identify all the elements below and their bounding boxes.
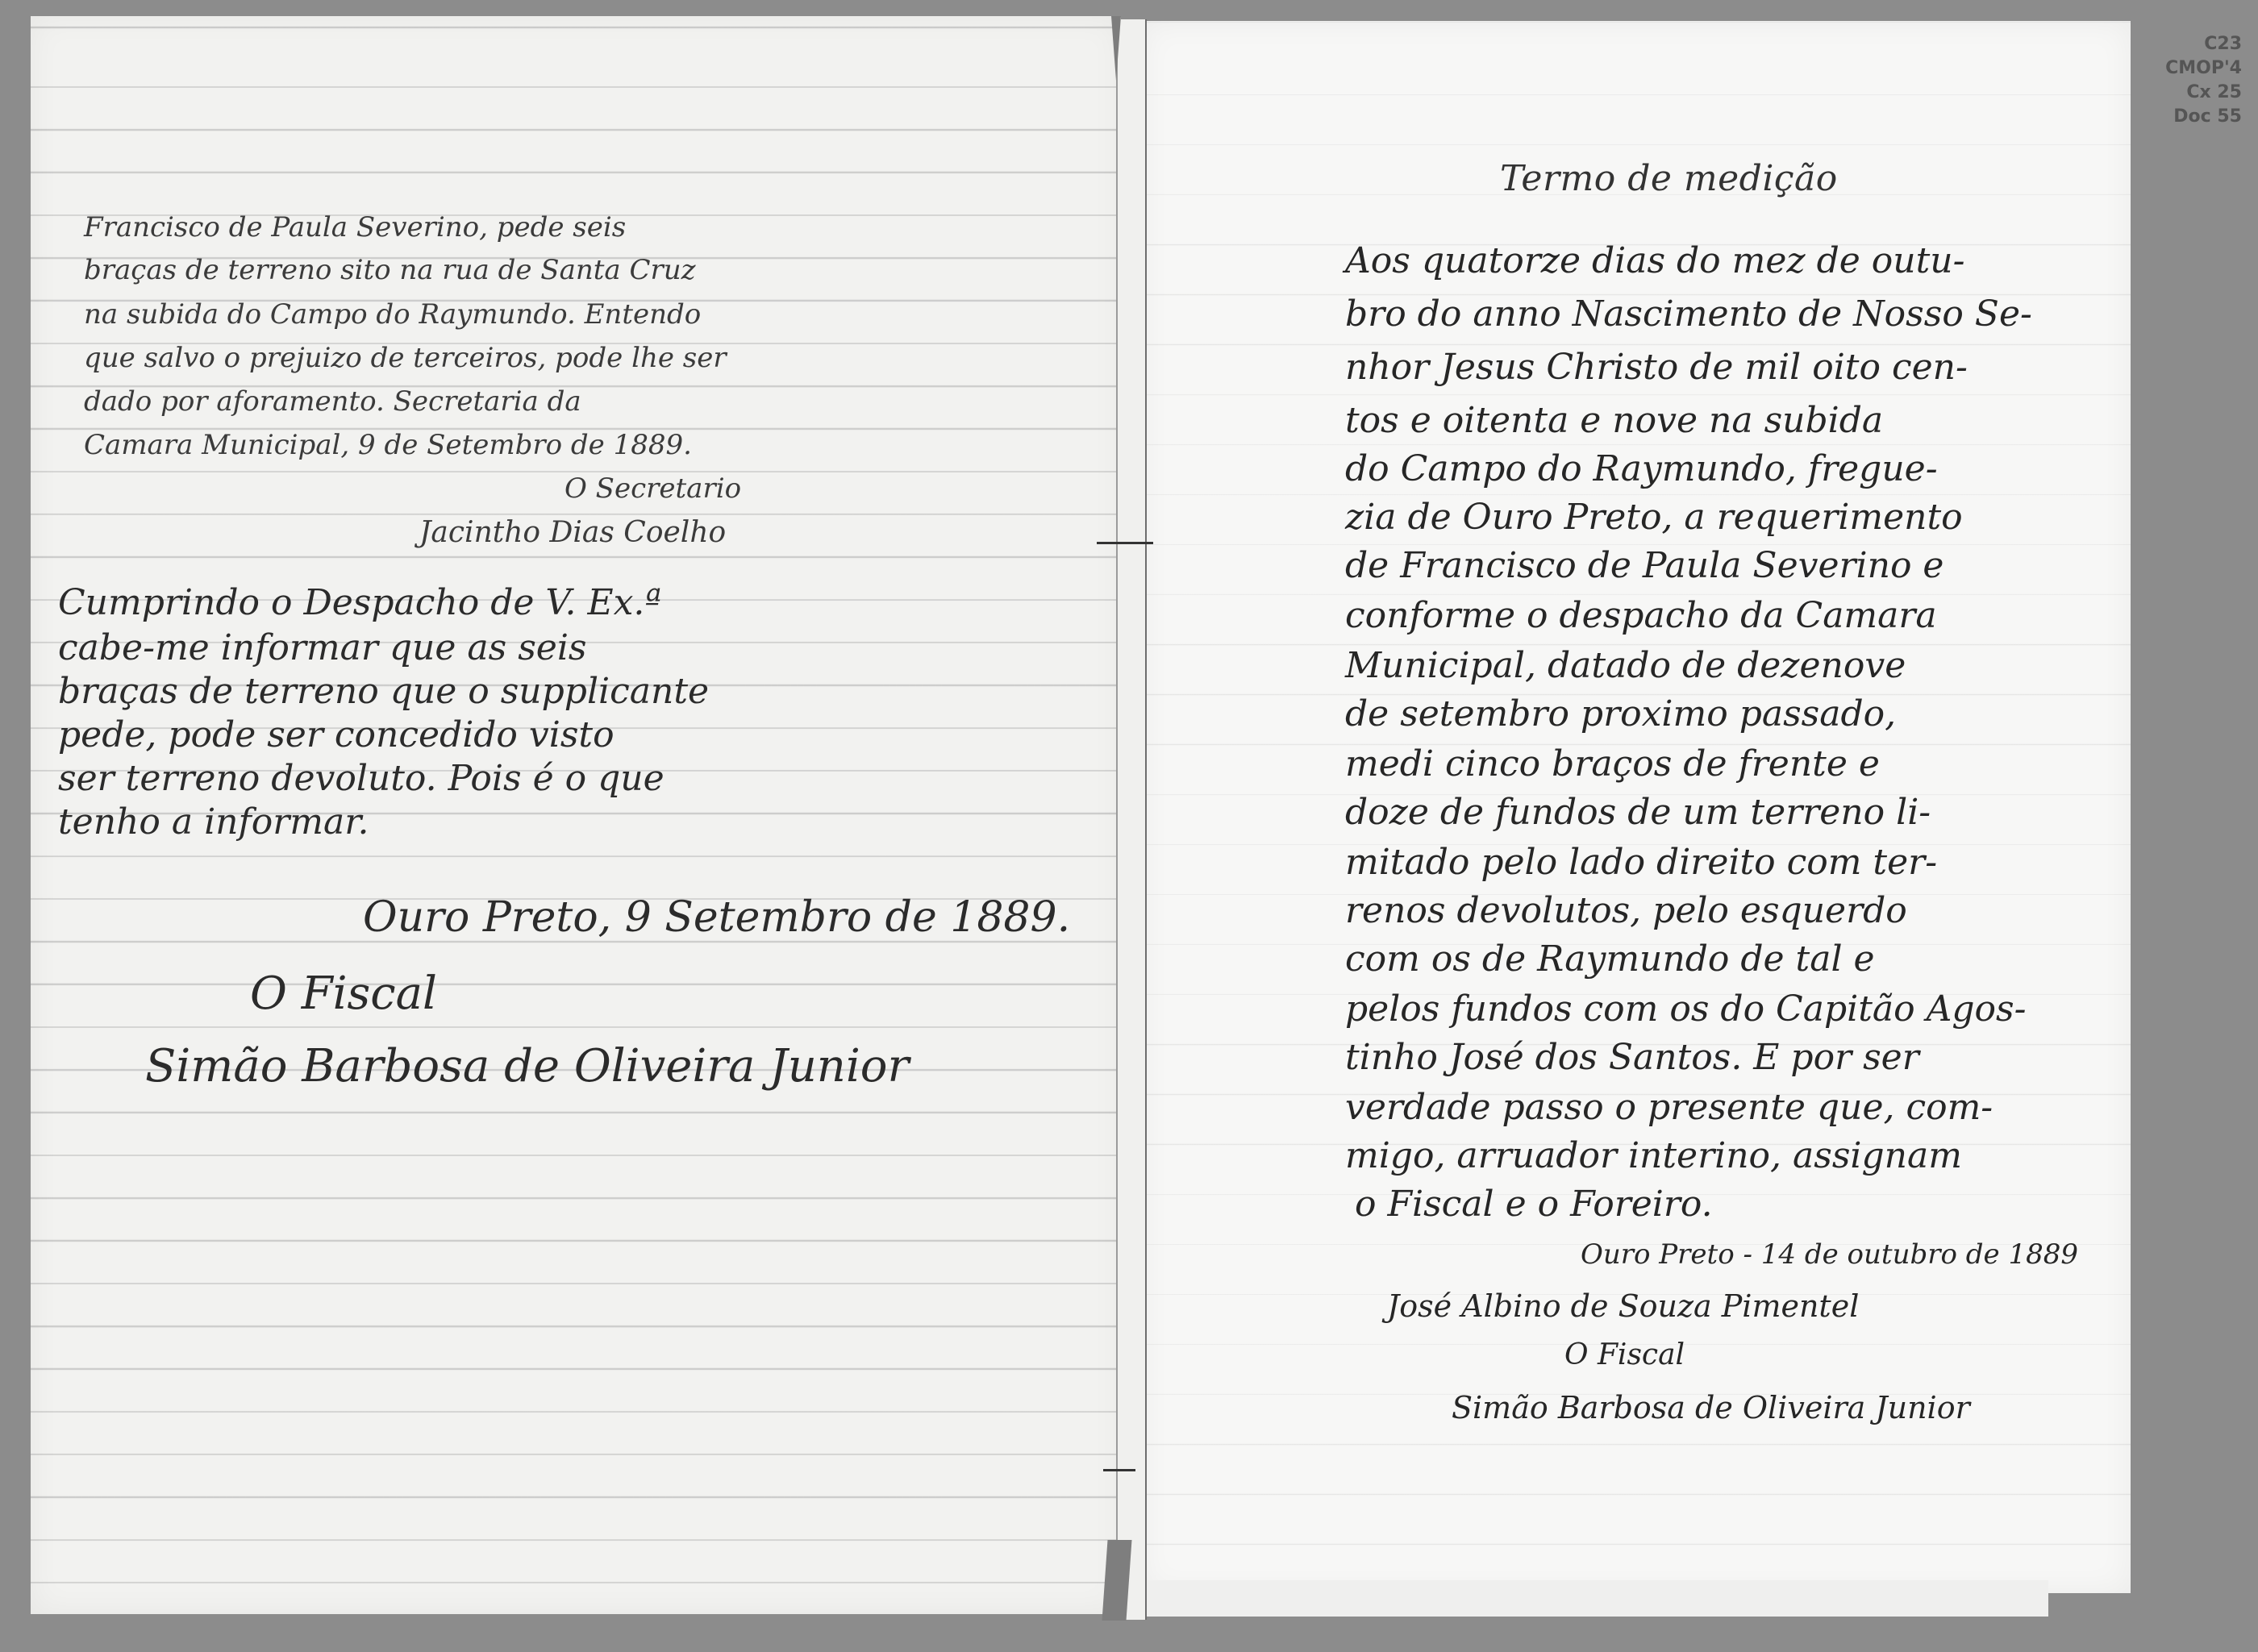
signature-fiscal: Simão Barbosa de Oliveira Junior	[145, 1040, 909, 1092]
note-line: que salvo o prejuizo de terceiros, pode …	[84, 342, 727, 374]
signature-secretary: Jacintho Dias Coelho	[419, 516, 726, 549]
body-line: nhor Jesus Christo de mil oito cen-	[1345, 347, 1968, 388]
gutter-ink-mark	[1103, 1469, 1135, 1471]
body-line: Municipal, datado de dezenove	[1345, 645, 1906, 686]
body-line: conforme o despacho da Camara	[1345, 595, 1937, 636]
body-line: zia de Ouro Preto, a requerimento	[1345, 497, 1963, 538]
body-line: com os de Raymundo de tal e	[1345, 938, 1875, 980]
body-line: o Fiscal e o Foreiro.	[1355, 1184, 1713, 1225]
body-line: Aos quatorze dias do mez de outu-	[1345, 240, 1965, 281]
report-line: cabe-me informar que as seis	[58, 627, 587, 668]
signature-arruador: José Albino de Souza Pimentel	[1387, 1288, 1859, 1324]
right-page-bottom-edge	[1142, 1580, 2048, 1617]
body-line: bro do anno Nascimento de Nosso Se-	[1345, 293, 2032, 335]
note-line: Francisco de Paula Severino, pede seis	[84, 211, 626, 243]
gutter-notch	[1111, 16, 1121, 81]
body-line: tos e oitenta e nove na subida	[1345, 400, 1883, 441]
report-line: Cumprindo o Despacho de V. Ex.ª	[58, 582, 661, 623]
body-line: migo, arruador interino, assignam	[1345, 1135, 1962, 1176]
signature-title: O Secretario	[564, 472, 741, 505]
report-line: ser terreno devoluto. Pois é o que	[58, 758, 664, 799]
place-date: Ouro Preto, 9 Setembro de 1889.	[363, 893, 1070, 942]
signature-fiscal: Simão Barbosa de Oliveira Junior	[1452, 1390, 1970, 1425]
archive-ref-line: CMOP'4	[2129, 56, 2242, 81]
body-line: pelos fundos com os do Capitão Agos-	[1345, 988, 2026, 1030]
note-line: na subida do Campo do Raymundo. Entendo	[84, 298, 701, 331]
report-line: braças de terreno que o supplicante	[58, 671, 709, 712]
body-line: renos devolutos, pelo esquerdo	[1345, 890, 1907, 931]
archive-ref-line: C23	[2129, 32, 2242, 56]
body-line: de Francisco de Paula Severino e	[1345, 545, 1943, 586]
signature-title: O Fiscal	[250, 967, 437, 1020]
body-line: de setembro proximo passado,	[1345, 693, 1896, 734]
body-line: mitado pelo lado direito com ter-	[1345, 842, 1937, 883]
archive-ref-line: Doc 55	[2129, 105, 2242, 129]
page-title: Termo de medição	[1500, 158, 1838, 199]
body-line: verdade passo o presente que, com-	[1345, 1087, 1993, 1128]
note-line: braças de terreno sito na rua de Santa C…	[84, 254, 696, 286]
binding-gutter	[1116, 19, 1147, 1620]
note-line: dado por aforamento. Secretaria da	[84, 385, 581, 418]
place-date: Ouro Preto - 14 de outubro de 1889	[1581, 1238, 2078, 1271]
report-line: tenho a informar.	[58, 801, 369, 843]
archive-reference: C23 CMOP'4 Cx 25 Doc 55	[2129, 32, 2242, 129]
archive-ref-line: Cx 25	[2129, 81, 2242, 105]
body-line: tinho José dos Santos. E por ser	[1345, 1037, 1919, 1078]
body-line: do Campo do Raymundo, fregue-	[1345, 448, 1938, 489]
signature-title: O Fiscal	[1564, 1338, 1685, 1371]
body-line: doze de fundos de um terreno li-	[1345, 792, 1931, 833]
report-line: pede, pode ser concedido visto	[58, 714, 614, 755]
gutter-ink-mark	[1097, 542, 1153, 544]
note-line: Camara Municipal, 9 de Setembro de 1889.	[84, 429, 692, 461]
body-line: medi cinco braços de frente e	[1345, 743, 1880, 784]
